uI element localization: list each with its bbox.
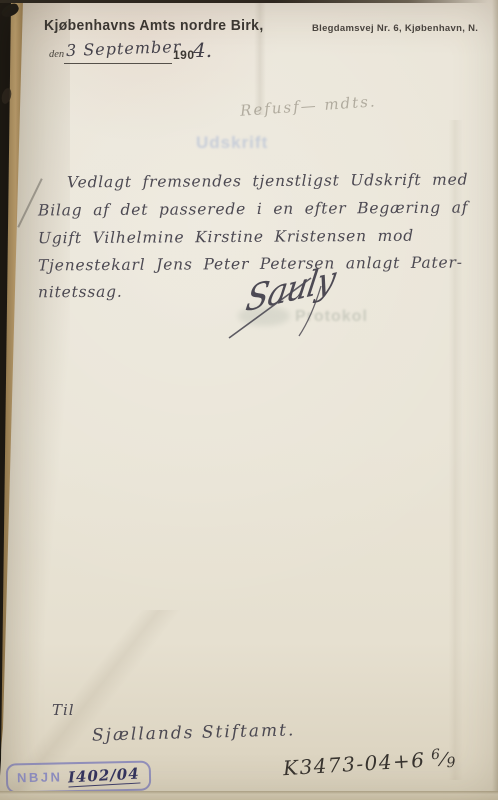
recipient-to-label: Til bbox=[52, 701, 75, 719]
scanned-document-page: Udskrift Protokol Kjøbenhavns Amts nordr… bbox=[0, 0, 498, 800]
letterhead-office-name: Kjøbenhavns Amts nordre Birk, bbox=[44, 17, 264, 34]
signature-flourish bbox=[225, 272, 365, 344]
archive-stamp: NBJN I402/04 bbox=[6, 760, 152, 793]
journal-fraction: 6⁄9 bbox=[431, 746, 458, 772]
body-line: Bilag af det passerede i en efter Begæri… bbox=[38, 198, 468, 219]
recipient-name: Sjællands Stiftamt. bbox=[92, 720, 296, 745]
journal-number-main: K3473-04+6 bbox=[282, 748, 426, 781]
date-handwritten: 3 September bbox=[66, 37, 182, 60]
body-line: Vedlagt fremsendes tjenstligst Udskrift … bbox=[67, 171, 468, 192]
year-handwritten: 4. bbox=[193, 38, 212, 62]
body-line: Ugift Vilhelmine Kirstine Kristensen mod bbox=[38, 227, 414, 248]
archive-stamp-number: I402/04 bbox=[68, 764, 141, 787]
body-line: nitetssag. bbox=[38, 283, 123, 302]
date-prefix-printed: den bbox=[49, 49, 64, 60]
top-page-edge bbox=[0, 0, 498, 3]
archive-stamp-prefix: NBJN bbox=[17, 769, 63, 785]
bleed-through-text-udskrift: Udskrift bbox=[196, 133, 268, 153]
paper-crease-right bbox=[428, 120, 482, 780]
right-page-edge bbox=[492, 0, 498, 800]
date-underline bbox=[64, 63, 172, 64]
letterhead-address: Blegdamsvej Nr. 6, Kjøbenhavn, N. bbox=[312, 23, 478, 34]
bottom-page-edge bbox=[0, 791, 498, 800]
year-printed: 190 bbox=[173, 48, 195, 62]
